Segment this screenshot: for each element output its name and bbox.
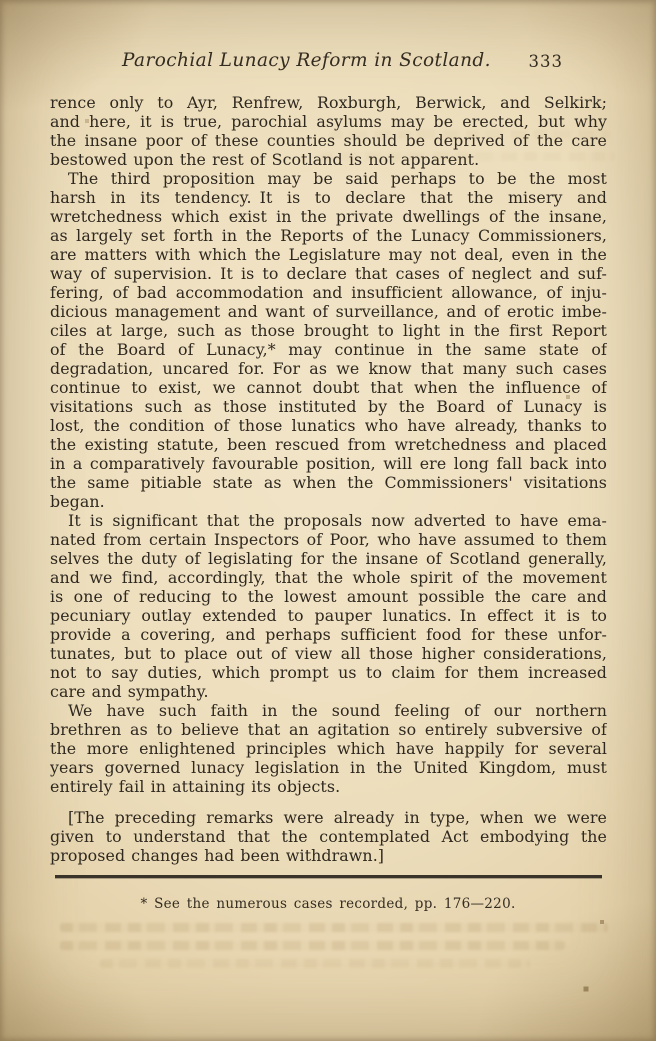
- text-line: is one of reducing to the lowest amount …: [50, 587, 607, 606]
- footnote-rule: [55, 875, 602, 878]
- text-line: and we find, accordingly, that the whole…: [50, 568, 607, 587]
- paragraph: It is significant that the proposals now…: [50, 511, 607, 701]
- text-line: continue to exist, we cannot doubt that …: [50, 378, 607, 397]
- text-line: nated from certain Inspectors of Poor, w…: [50, 530, 607, 549]
- text-line: years governed lunacy legislation in the…: [50, 758, 607, 777]
- text-line: tunates, but to place out of view all th…: [50, 644, 607, 663]
- paper-specks: [0, 0, 2, 2]
- book-page: Parochial Lunacy Reform in Scotland. 333…: [0, 0, 656, 1041]
- text-line: the more enlightened principles which ha…: [50, 739, 607, 758]
- footnote: * See the numerous cases recorded, pp. 1…: [78, 896, 578, 912]
- paragraph: The third proposition may be said perhap…: [50, 169, 607, 511]
- running-title: Parochial Lunacy Reform in Scotland.: [50, 50, 563, 71]
- page-number: 333: [529, 52, 564, 71]
- text-line: not to say duties, which prompt us to cl…: [50, 663, 607, 682]
- text-line: fering, of bad accommodation and insuffi…: [50, 283, 607, 302]
- text-line: way of supervision. It is to declare tha…: [50, 264, 607, 283]
- text-line: brethren as to believe that an agitation…: [50, 720, 607, 739]
- text-line: harsh in its tendency. It is to declare …: [50, 188, 607, 207]
- text-line: in a comparatively favourable position, …: [50, 454, 607, 473]
- text-line: given to understand that the contemplate…: [50, 827, 607, 846]
- text-line: and here, it is true, parochial asylums …: [50, 112, 607, 131]
- text-line: degradation, uncared for. For as we know…: [50, 359, 607, 378]
- show-through-text: [320, 152, 615, 161]
- show-through-text: [60, 941, 565, 950]
- text-line: ciles at large, such as those brought to…: [50, 321, 607, 340]
- text-line: wretchedness which exist in the private …: [50, 207, 607, 226]
- text-line: care and sympathy.: [50, 682, 607, 701]
- paragraph: We have such faith in the sound feeling …: [50, 701, 607, 796]
- text-line: the existing statute, been rescued from …: [50, 435, 607, 454]
- text-line: The third proposition may be said perhap…: [50, 169, 607, 188]
- paragraph: [The preceding remarks were already in t…: [50, 808, 607, 865]
- text-line: selves the duty of legislating for the i…: [50, 549, 607, 568]
- text-line: as largely set forth in the Reports of t…: [50, 226, 607, 245]
- text-line: visitations such as those instituted by …: [50, 397, 607, 416]
- text-line: proposed changes had been withdrawn.]: [50, 846, 607, 865]
- show-through-text: [330, 130, 610, 139]
- text-line: dicious management and want of surveilla…: [50, 302, 607, 321]
- text-line: the same pitiable state as when the Comm…: [50, 473, 607, 492]
- text-line: We have such faith in the sound feeling …: [50, 701, 607, 720]
- text-line: lost, the condition of those lunatics wh…: [50, 416, 607, 435]
- text-line: provide a covering, and perhaps sufficie…: [50, 625, 607, 644]
- text-line: It is significant that the proposals now…: [50, 511, 607, 530]
- text-line: pecuniary outlay extended to pauper luna…: [50, 606, 607, 625]
- text-line: of the Board of Lunacy,* may continue in…: [50, 340, 607, 359]
- text-line: entirely fail in attaining its objects.: [50, 777, 607, 796]
- show-through-text: [100, 959, 530, 968]
- show-through-text: [60, 923, 608, 932]
- text-line: are matters with which the Legislature m…: [50, 245, 607, 264]
- page-header: Parochial Lunacy Reform in Scotland. 333: [50, 50, 563, 76]
- text-line: began.: [50, 492, 607, 511]
- text-line: rence only to Ayr, Renfrew, Roxburgh, Be…: [50, 93, 607, 112]
- body-text: rence only to Ayr, Renfrew, Roxburgh, Be…: [50, 93, 607, 865]
- text-line: [The preceding remarks were already in t…: [50, 808, 607, 827]
